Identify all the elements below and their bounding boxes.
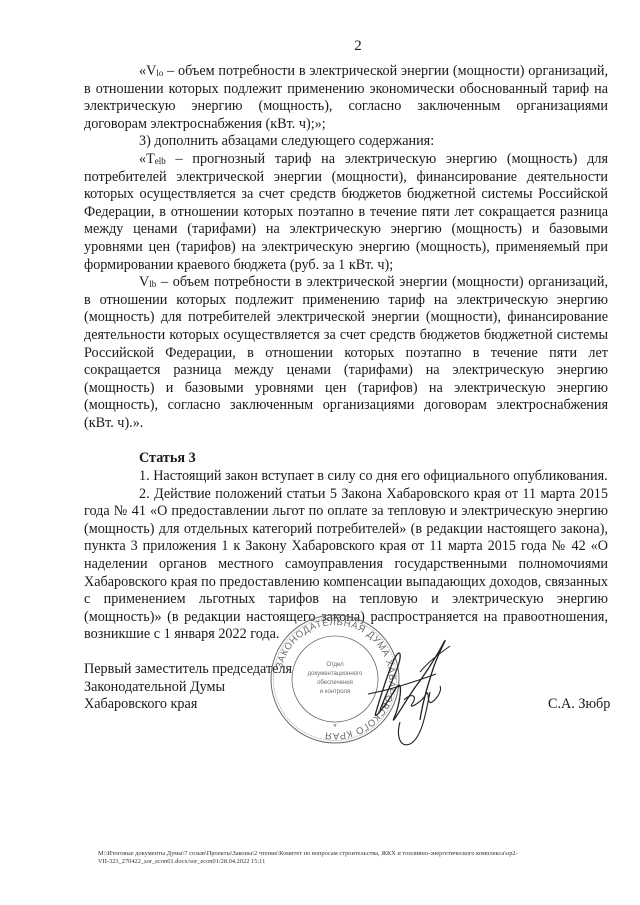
position-line: Хабаровского края xyxy=(84,696,292,714)
signatory-position: Первый заместитель председателя Законода… xyxy=(84,661,292,714)
footer-line: M:\Итоговые документы Думы\7 созыв\Проек… xyxy=(98,850,618,858)
paragraph-text: 3) дополнить абзацами следующего содержа… xyxy=(139,133,434,149)
svg-text:обеспечения: обеспечения xyxy=(317,680,353,686)
footer-line: VII-323_270422_sor_econ01.docx/sor_econ0… xyxy=(98,858,618,866)
symbol: V xyxy=(139,274,149,290)
article-item-1: 1. Настоящий закон вступает в силу со дн… xyxy=(84,468,608,486)
file-path-footer: M:\Итоговые документы Думы\7 созыв\Проек… xyxy=(98,850,618,866)
position-line: Первый заместитель председателя xyxy=(84,661,292,679)
symbol-subscript: elb xyxy=(155,156,166,166)
position-line: Законодательной Думы xyxy=(84,679,292,697)
symbol: «V xyxy=(139,63,156,79)
svg-text:и контроля: и контроля xyxy=(320,689,350,695)
document-body: «Vlo – объем потребности в электрической… xyxy=(84,63,608,644)
paragraph-text: – объем потребности в электрической энер… xyxy=(84,63,608,132)
paragraph-item-3: 3) дополнить абзацами следующего содержа… xyxy=(84,133,608,151)
svg-text:*: * xyxy=(333,722,337,732)
symbol: «T xyxy=(139,151,155,167)
paragraph-text: – прогнозный тариф на электрическую энер… xyxy=(84,151,608,273)
svg-text:Отдел: Отдел xyxy=(326,662,344,668)
page-number: 2 xyxy=(0,38,640,55)
svg-text:документационного: документационного xyxy=(308,671,363,677)
paragraph-v-lo: «Vlo – объем потребности в электрической… xyxy=(84,63,608,133)
paragraph-t-elb: «Telb – прогнозный тариф на электрическу… xyxy=(84,151,608,274)
signatory-name: С.А. Зюбр xyxy=(548,696,610,713)
article-heading: Статья 3 xyxy=(84,450,608,468)
paragraph-text: – объем потребности в электрической энер… xyxy=(84,274,608,431)
handwritten-signature xyxy=(360,632,472,750)
paragraph-v-lb: Vlb – объем потребности в электрической … xyxy=(84,274,608,432)
